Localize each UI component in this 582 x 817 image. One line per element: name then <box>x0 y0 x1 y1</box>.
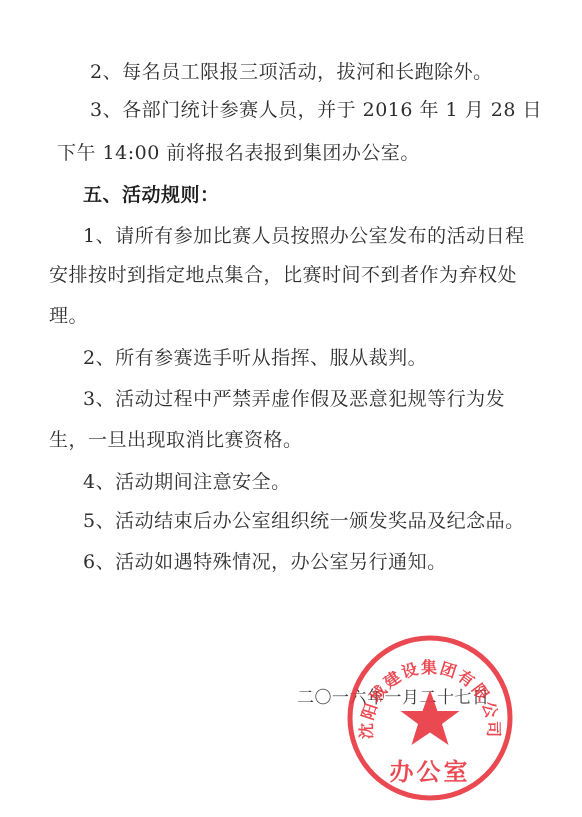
official-seal: 沈阳城建设集团有限公司 办公室 <box>346 634 514 802</box>
rule-1-line2: 安排按时到指定地点集合，比赛时间不到者作为弃权处 <box>49 263 517 287</box>
item-2-registration-limit: 2、每名员工限报三项活动，拔河和长跑除外。 <box>90 60 493 84</box>
star-icon <box>401 690 460 745</box>
rule-6: 6、活动如遇特殊情况，办公室另行通知。 <box>83 550 447 574</box>
rule-4: 4、活动期间注意安全。 <box>83 470 291 494</box>
document-page: 2、每名员工限报三项活动，拔河和长跑除外。 3、各部门统计参赛人员，并于 201… <box>0 0 582 817</box>
section-5-heading: 五、活动规则： <box>83 183 220 207</box>
seal-center-text: 办公室 <box>390 758 471 786</box>
rule-3-line1: 3、活动过程中严禁弄虚作假及恶意犯规等行为发 <box>83 387 505 411</box>
item-3-deadline-line2: 下午 14:00 前将报名表报到集团办公室。 <box>57 141 420 165</box>
rule-1-line1: 1、请所有参加比赛人员按照办公室发布的活动日程 <box>83 224 525 248</box>
item-3-deadline-line1: 3、各部门统计参赛人员，并于 2016 年 1 月 28 日 <box>90 98 542 122</box>
rule-2: 2、所有参赛选手听从指挥、服从裁判。 <box>83 346 427 370</box>
rule-5: 5、活动结束后办公室组织统一颁发奖品及纪念品。 <box>83 509 525 533</box>
rule-1-line3: 理。 <box>49 304 88 328</box>
rule-3-line2: 生，一旦出现取消比赛资格。 <box>49 428 303 452</box>
